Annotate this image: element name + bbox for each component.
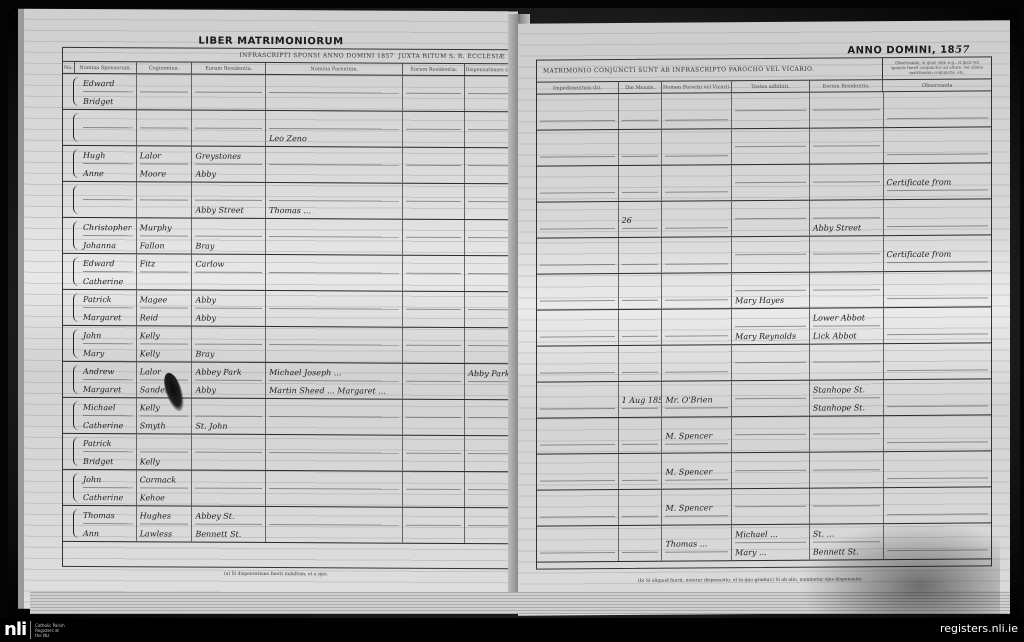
parents-residence-line (406, 384, 461, 399)
witnesses-line (735, 311, 806, 327)
parents-names-line (269, 113, 399, 130)
col-header-priest: Nomen Parochi vel Vicarii. (662, 81, 732, 92)
witnesses-line (735, 257, 806, 273)
residence-line (195, 185, 262, 201)
residence-line: Abby (195, 167, 262, 182)
priest-name-cell (662, 165, 732, 200)
impediment-line (540, 393, 615, 410)
surnames-line: Moore (140, 166, 189, 181)
parents-names-cell: Michael Joseph ...Martin Sheed ... Marga… (266, 363, 403, 399)
caption-year: 57 (385, 53, 393, 60)
surnames-cell: KellySmyth (137, 398, 193, 433)
marriage-date-line (622, 285, 659, 301)
marriage-date-line (622, 537, 659, 553)
notes-header: Observanda, si quae sint; e.g., si ipsis… (883, 57, 991, 79)
notes-line: Certificate from (887, 246, 989, 263)
witness-residence-line: Abby Street (813, 220, 880, 235)
impediment-cell (537, 238, 619, 274)
parents-names-cell: Thomas ... (266, 183, 403, 219)
witnesses-line: Mary ... (735, 545, 806, 561)
witness-residence-line (813, 472, 880, 487)
parents-names-line (269, 491, 399, 507)
table-row: AndrewMargaretLalorSandesAbbey ParkAbbyM… (63, 362, 511, 400)
dispensation-line (468, 438, 508, 454)
witnesses-line (735, 113, 806, 129)
notes-line (887, 138, 989, 155)
impediment-cell (537, 310, 619, 346)
col-header-notes: Observanda (883, 79, 991, 91)
dispensation-line (468, 78, 508, 94)
witnesses-line (735, 203, 806, 219)
witnesses-line: Michael ... (735, 527, 806, 543)
witnesses-line (735, 509, 806, 525)
witnesses-cell: Mary Reynolds (732, 309, 810, 345)
marriage-date-line (622, 249, 659, 265)
witness-residence-line: Lower Abbot (813, 310, 880, 326)
groom-bride-names-line: John (83, 328, 133, 344)
priest-name-cell (662, 273, 732, 308)
viewer-footer: nli Catholic Parish Registers at the NLI… (0, 618, 1024, 642)
dispensation-cell (465, 436, 511, 471)
logo-subtitle: Catholic Parish Registers at the NLI (35, 623, 65, 638)
parents-names-line (269, 221, 399, 238)
witnesses-cell (732, 345, 810, 381)
impediment-cell (537, 382, 619, 418)
residence-line (195, 401, 262, 417)
groom-bride-names-line: Bridget (83, 94, 133, 109)
witness-residence-line (813, 184, 880, 199)
parents-residence-cell (403, 472, 465, 507)
witnesses-cell (732, 165, 810, 201)
residence-cell: AbbyAbby (192, 291, 266, 326)
parents-names-cell (266, 327, 403, 363)
surnames-cell (137, 110, 193, 145)
groom-bride-names-line (83, 112, 133, 128)
surnames-cell: LalorMoore (137, 146, 193, 181)
surnames-cell: MageeReid (137, 290, 193, 325)
surnames-line: Kehoe (140, 490, 189, 505)
residence-cell: St. John (192, 399, 266, 434)
dispensation-cell (465, 148, 511, 183)
dispensation-cell (465, 256, 511, 291)
witnesses-line (735, 149, 806, 165)
parents-residence-cell (403, 400, 465, 435)
surnames-cell: Kelly (137, 434, 193, 469)
table-row: Certificate from (537, 235, 991, 274)
marriage-date-line (622, 465, 659, 481)
witnesses-line (735, 401, 806, 417)
parents-residence-cell (403, 328, 465, 363)
notes-cell (884, 451, 992, 487)
residence-line (195, 275, 262, 290)
footnote-left: (a) Si dispensatione fuerit indultum, et… (224, 572, 328, 578)
priest-name-cell: Thomas ... (662, 525, 732, 560)
impediment-line (540, 357, 615, 374)
notes-line (887, 102, 989, 119)
parents-residence-line (406, 312, 461, 327)
table-row: Mary Hayes (537, 271, 991, 310)
marriage-date-cell (619, 94, 663, 129)
witnesses-cell (732, 237, 810, 273)
parents-residence-cell (403, 148, 465, 183)
table-row: 26Abby Street (537, 199, 991, 238)
table-row: EdwardCatherineFitzCarlow (63, 254, 511, 292)
witness-residence-line (813, 436, 880, 451)
impediment-cell (537, 490, 619, 526)
col-header-witness-residence: Eorum Residentia. (810, 80, 884, 92)
table-row: HughAnneLalorMooreGreystonesAbby (63, 146, 511, 184)
parents-residence-line (406, 168, 461, 183)
dispensation-line (468, 510, 508, 526)
witness-residence-cell (810, 164, 884, 200)
groom-bride-names-line (83, 202, 133, 217)
residence-line (195, 491, 262, 506)
table-caption: MATRIMONIO CONJUNCTI SUNT AB INFRASCRIPT… (537, 58, 883, 81)
logo-subtitle-line: the NLI (35, 633, 65, 638)
groom-bride-names-line: Margaret (83, 310, 133, 325)
year-title: ANNO DOMINI, 18 (847, 45, 955, 57)
parents-residence-line (406, 474, 461, 490)
priest-name-cell (662, 93, 732, 128)
witnesses-cell: Mary Hayes (732, 273, 810, 309)
marriage-date-line (622, 141, 659, 157)
parents-names-line: Leo Zeno (269, 131, 399, 147)
priest-name-line: M. Spencer (665, 464, 728, 480)
table-row: PatrickBridgetKelly (63, 434, 511, 472)
surnames-cell (137, 74, 193, 109)
parents-residence-cell (403, 364, 465, 399)
nli-logo-mark: nli (4, 620, 26, 640)
dispensation-line (468, 402, 508, 418)
priest-name-line (665, 356, 728, 372)
priest-name-line (665, 176, 728, 192)
parents-names-line: Thomas ... (269, 203, 399, 219)
impediment-line (540, 177, 615, 194)
impediment-line (540, 537, 615, 554)
marriage-date-line (622, 357, 659, 373)
witness-residence-line (813, 202, 880, 218)
col-header-residence: Eorum Residentia. (192, 63, 266, 74)
parents-names-line (269, 311, 399, 327)
parents-residence-line (406, 456, 461, 471)
groom-bride-names-line: Catherine (83, 418, 133, 433)
col-header-parents: Nomina Parentum. (266, 63, 403, 75)
groom-bride-names-cell: MichaelCatherine (75, 398, 137, 433)
parents-residence-line (406, 492, 461, 507)
parents-residence-cell (403, 292, 465, 327)
parents-residence-line (406, 438, 461, 454)
parents-residence-line (406, 222, 461, 238)
witnesses-line (735, 131, 806, 147)
marriages-table-left: INFRASCRIPTI SPONSI ANNO DOMINI 1857 JUX… (62, 47, 512, 569)
groom-bride-names-line: Bridget (83, 454, 133, 469)
witness-residence-line (813, 454, 880, 470)
residence-line (195, 455, 262, 470)
surnames-line (140, 112, 189, 128)
parents-residence-line (406, 240, 461, 255)
residence-line: Bray (195, 347, 262, 362)
residence-line: Abbey St. (195, 509, 262, 525)
marriages-table-right: MATRIMONIO CONJUNCTI SUNT AB INFRASCRIPT… (536, 56, 992, 569)
table-row: ThomasAnnHughesLawlessAbbey St.Bennett S… (63, 506, 511, 544)
impediment-cell (537, 94, 619, 130)
notes-cell (884, 343, 992, 379)
witness-residence-cell: Stanhope St.Stanhope St. (810, 380, 884, 416)
witnesses-line (735, 491, 806, 507)
residence-cell: GreystonesAbby (192, 147, 266, 182)
parents-names-line: Martin Sheed ... Margaret ... (269, 383, 399, 399)
surnames-line (140, 94, 189, 109)
col-header-dispensations: Dispensationes (a) (465, 64, 511, 75)
residence-cell: Abbey St.Bennett St. (192, 507, 266, 542)
parents-names-line (269, 293, 399, 310)
parents-names-cell (266, 255, 403, 291)
marriage-date-cell (619, 490, 663, 525)
dispensation-cell (465, 328, 511, 363)
parents-residence-cell (403, 508, 465, 543)
surnames-cell: CormackKehoe (137, 470, 193, 505)
footnote-right-1: (b) Si aliquod fuerit, notetur dispensat… (638, 578, 769, 584)
parents-residence-line (406, 420, 461, 435)
surnames-line: Kelly (140, 346, 189, 361)
groom-bride-names-line: Thomas (83, 508, 133, 524)
groom-bride-names-cell: PatrickMargaret (75, 290, 137, 325)
witnesses-cell (732, 201, 810, 237)
residence-line: Abby (195, 293, 262, 309)
parents-names-line (269, 257, 399, 274)
dispensation-line (468, 330, 508, 346)
groom-bride-names-line: Edward (83, 256, 133, 272)
impediment-cell (537, 526, 619, 562)
impediment-line (540, 285, 615, 302)
impediment-line (540, 105, 615, 122)
parents-names-line: Michael Joseph ... (269, 365, 399, 382)
table-row: MichaelCatherineKellySmythSt. John (63, 398, 511, 436)
parents-names-line (269, 329, 399, 346)
impediment-line (540, 429, 615, 446)
table-row: JohnMaryKellyKellyBray (63, 326, 511, 364)
witnesses-cell (732, 381, 810, 417)
residence-line (195, 77, 262, 93)
groom-bride-names-cell: HughAnne (75, 146, 137, 181)
table-row (537, 91, 991, 130)
witnesses-cell: Michael ...Mary ... (732, 525, 810, 561)
groom-bride-names-line: Mary (83, 346, 133, 361)
marriage-date-cell (619, 130, 663, 165)
caption-text: INFRASCRIPTI SPONSI ANNO DOMINI 18 (240, 52, 386, 60)
surnames-line: Lalor (140, 148, 189, 164)
marriage-date-cell (619, 310, 663, 345)
parents-names-line (269, 167, 399, 183)
surnames-line: Kelly (140, 454, 189, 469)
page-title-right: ANNO DOMINI, 1857 (847, 45, 970, 57)
groom-bride-names-line: Anne (83, 166, 133, 181)
parents-residence-line (406, 402, 461, 418)
parents-names-line (269, 77, 399, 94)
witness-residence-line (813, 364, 880, 379)
dispensation-line: Abby Park (468, 366, 508, 382)
parents-residence-line (406, 96, 461, 111)
parents-residence-line (406, 366, 461, 382)
table-row: Leo Zeno (63, 110, 511, 148)
impediment-cell (537, 346, 619, 382)
groom-bride-names-line: Christopher (83, 220, 133, 236)
impediment-line (540, 501, 615, 518)
dispensation-cell (465, 220, 511, 255)
parents-residence-line (406, 510, 461, 526)
parents-residence-line (406, 276, 461, 291)
notes-cell (884, 415, 992, 451)
parents-names-cell (266, 291, 403, 327)
dispensation-cell (465, 472, 511, 507)
parents-names-cell (266, 147, 403, 183)
table-row: Abby StreetThomas ... (63, 182, 511, 220)
residence-cell: Bray (192, 327, 266, 362)
col-header-date: Die Mensis. (619, 82, 663, 93)
parents-names-line (269, 455, 399, 471)
residence-cell (192, 471, 266, 506)
residence-cell: Bray (192, 219, 266, 254)
notes-cell: Certificate from (884, 235, 992, 271)
surnames-line (140, 184, 189, 200)
groom-bride-names-cell: JohnMary (75, 326, 137, 361)
witness-residence-line (813, 292, 880, 307)
marriage-date-line (622, 177, 659, 193)
surnames-line (140, 202, 189, 217)
notes-line (887, 210, 989, 227)
residence-line (195, 329, 262, 345)
residence-line (195, 473, 262, 489)
witness-residence-line (813, 238, 880, 254)
parents-residence-line (406, 150, 461, 166)
surnames-cell: MurphyFallon (137, 218, 193, 253)
residence-line (195, 95, 262, 110)
notes-line (887, 282, 989, 299)
dispensation-cell (465, 400, 511, 435)
marriage-date-line: 1 Aug 1857 (622, 393, 659, 409)
marriage-date-cell (619, 346, 663, 381)
table-row: Mary ReynoldsLower AbbotLick Abbot (537, 307, 991, 346)
residence-line: Abby (195, 311, 262, 326)
witness-residence-line: Stanhope St. (813, 400, 880, 415)
caption-suffix: JUXTA RITUM S. R. ECCLESIÆ (399, 53, 506, 61)
witness-residence-line: Lick Abbot (813, 328, 880, 343)
witness-residence-cell: Lower AbbotLick Abbot (810, 308, 884, 344)
parents-names-cell (266, 435, 403, 471)
table-caption: INFRASCRIPTI SPONSI ANNO DOMINI 1857 JUX… (63, 48, 511, 63)
col-header-names: Nomina Sponsorum. (75, 62, 137, 73)
impediment-cell (537, 418, 619, 454)
notes-cell (884, 199, 992, 235)
left-page: LIBER MATRIMONIORUM INFRASCRIPTI SPONSI … (18, 9, 518, 612)
surnames-line: Lawless (140, 526, 189, 541)
table-caption-row: MATRIMONIO CONJUNCTI SUNT AB INFRASCRIPT… (537, 57, 991, 82)
witnesses-line (735, 95, 806, 111)
residence-cell (192, 435, 266, 470)
parents-residence-cell (403, 256, 465, 291)
notes-line: Certificate from (887, 174, 989, 191)
parents-residence-line (406, 78, 461, 94)
witnesses-cell (732, 93, 810, 129)
parents-names-cell (266, 75, 403, 111)
priest-name-line (665, 212, 728, 228)
parents-names-line (269, 473, 399, 490)
witnesses-line (735, 239, 806, 255)
parents-residence-line (406, 258, 461, 274)
table-row: Certificate from (537, 163, 991, 202)
priest-name-line (665, 140, 728, 156)
groom-bride-names-cell (75, 110, 137, 145)
surnames-line: Fallon (140, 238, 189, 253)
witnesses-cell (732, 453, 810, 489)
impediment-cell (537, 130, 619, 166)
witness-residence-cell: Abby Street (810, 200, 884, 236)
surnames-line (140, 436, 189, 452)
dispensation-cell (465, 508, 511, 543)
logo-subtitle-line: Catholic Parish (35, 623, 65, 628)
notes-line (887, 498, 989, 515)
nli-logo[interactable]: nli Catholic Parish Registers at the NLI (4, 620, 65, 640)
surnames-line: Hughes (140, 508, 189, 524)
marriage-date-cell (619, 454, 663, 489)
table-body-left: EdwardBridgetLeo ZenoHughAnneLalorMooreG… (63, 74, 511, 544)
col-header-impediment: Impedimentum (b). (537, 82, 619, 94)
residence-cell (192, 111, 266, 146)
surnames-line: Murphy (140, 220, 189, 236)
surnames-cell: Fitz (137, 254, 193, 289)
groom-bride-names-cell: EdwardCatherine (75, 254, 137, 289)
marriage-date-cell (619, 238, 663, 273)
table-body-right: Certificate from26Abby StreetCertificate… (537, 91, 991, 562)
witness-residence-line (813, 130, 880, 146)
residence-line (195, 221, 262, 237)
marriage-date-cell: 1 Aug 1857 (619, 382, 663, 417)
groom-bride-names-line: Ann (83, 526, 133, 541)
parents-names-line (269, 275, 399, 291)
dispensation-cell (465, 292, 511, 327)
priest-name-cell (662, 129, 732, 164)
residence-line: Abby Street (195, 203, 262, 218)
site-url-link[interactable]: registers.nli.ie (940, 622, 1018, 635)
priest-name-line (665, 284, 728, 300)
surnames-line: Cormack (140, 472, 189, 488)
priest-name-line: Mr. O'Brien (665, 392, 728, 408)
parents-residence-cell (403, 220, 465, 255)
notes-line (887, 462, 989, 479)
dispensation-line (468, 474, 508, 490)
parents-residence-line (406, 204, 461, 219)
notes-line (887, 426, 989, 443)
dispensation-cell (465, 184, 511, 219)
impediment-cell (537, 166, 619, 202)
witness-residence-cell (810, 488, 884, 524)
witnesses-line (735, 275, 806, 291)
priest-name-cell (662, 345, 732, 380)
marriage-date-cell (619, 418, 663, 453)
groom-bride-names-cell: AndrewMargaret (75, 362, 137, 397)
surnames-line: Reid (140, 310, 189, 325)
groom-bride-names-cell: PatrickBridget (75, 434, 137, 469)
dispensation-cell (465, 112, 511, 147)
parents-residence-line (406, 528, 461, 543)
witness-residence-line: Stanhope St. (813, 382, 880, 398)
witness-residence-line (813, 490, 880, 506)
parents-names-line (269, 419, 399, 435)
witnesses-line (735, 221, 806, 237)
marriage-date-line (622, 429, 659, 445)
hand-shadow (800, 520, 1000, 630)
residence-line: Abby (195, 383, 262, 398)
